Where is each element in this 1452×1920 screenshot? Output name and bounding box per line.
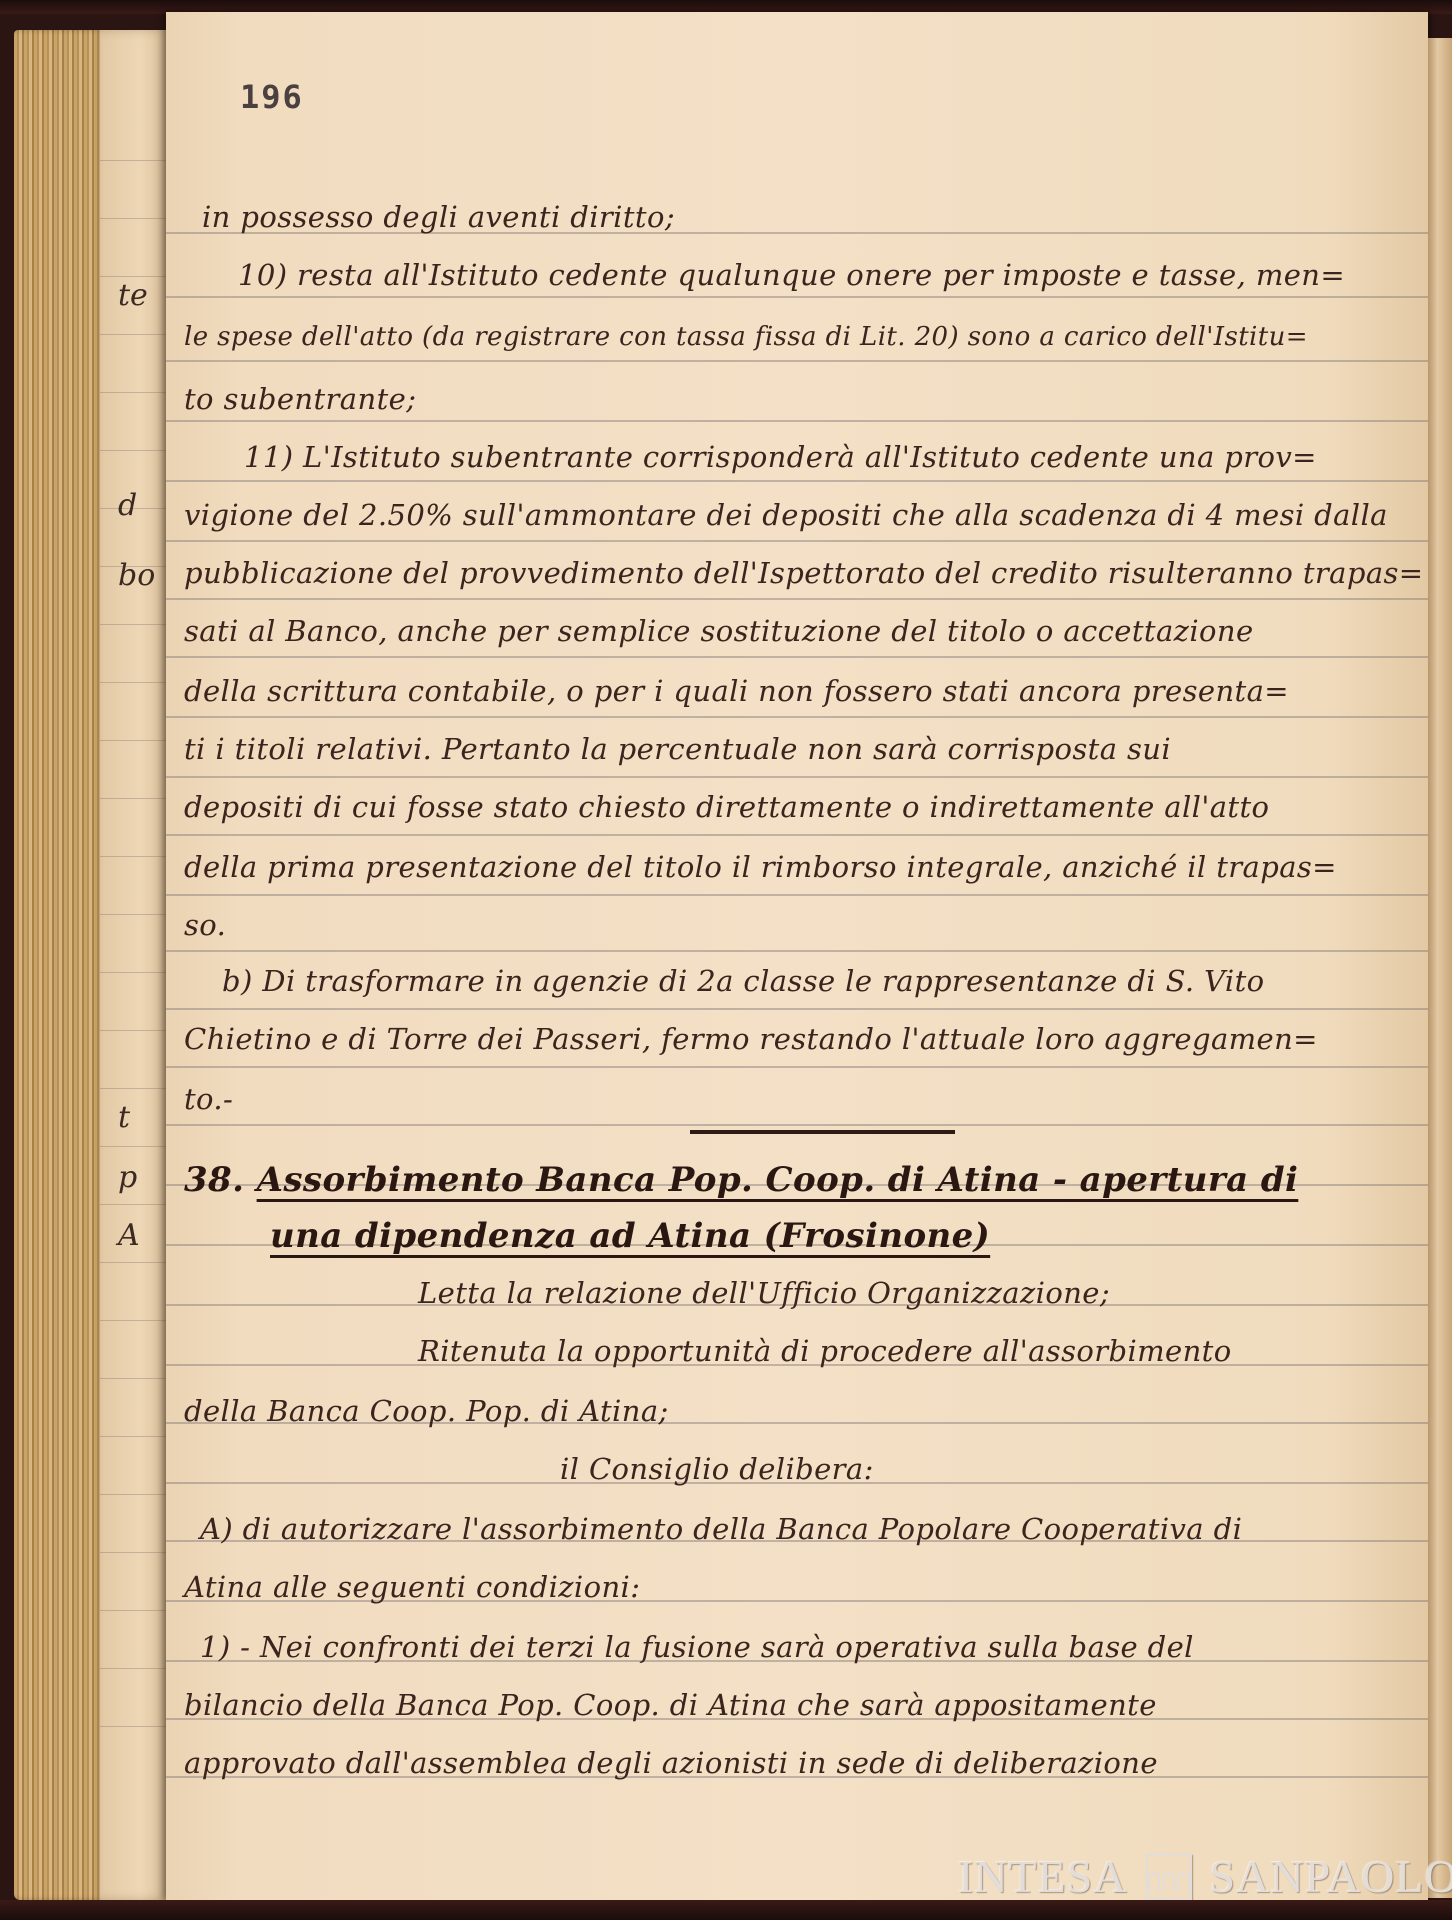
- section-38: 38. Assorbimento Banca Pop. Coop. di Ati…: [0, 0, 1452, 1920]
- section-title: Assorbimento Banca Pop. Coop. di Atina -…: [257, 1160, 1299, 1200]
- watermark-left: INTESA: [958, 1850, 1128, 1903]
- watermark-right: SANPAOLO: [1210, 1850, 1452, 1903]
- book-cover-bottom: [0, 1900, 1452, 1920]
- text-line: A) di autorizzare l'assorbimento della B…: [200, 1512, 1242, 1546]
- section-heading-line-1: 38. Assorbimento Banca Pop. Coop. di Ati…: [184, 1160, 1298, 1200]
- arch-logo-icon: [1146, 1854, 1192, 1900]
- text-line: Atina alle seguenti condizioni:: [184, 1570, 640, 1604]
- section-number: 38.: [184, 1160, 244, 1200]
- text-line: bilancio della Banca Pop. Coop. di Atina…: [184, 1688, 1157, 1722]
- watermark: INTESA SANPAOLO: [958, 1850, 1452, 1903]
- section-title-cont: una dipendenza ad Atina (Frosinone): [270, 1216, 990, 1256]
- text-line: della Banca Coop. Pop. di Atina;: [184, 1394, 669, 1428]
- text-line: Letta la relazione dell'Ufficio Organizz…: [418, 1276, 1110, 1310]
- section-heading-line-2: una dipendenza ad Atina (Frosinone): [270, 1216, 990, 1256]
- text-line: 1) - Nei confronti dei terzi la fusione …: [200, 1630, 1194, 1664]
- text-line: Ritenuta la opportunità di procedere all…: [418, 1334, 1232, 1368]
- text-line: approvato dall'assemblea degli azionisti…: [184, 1746, 1158, 1780]
- text-line: il Consiglio delibera:: [560, 1452, 874, 1486]
